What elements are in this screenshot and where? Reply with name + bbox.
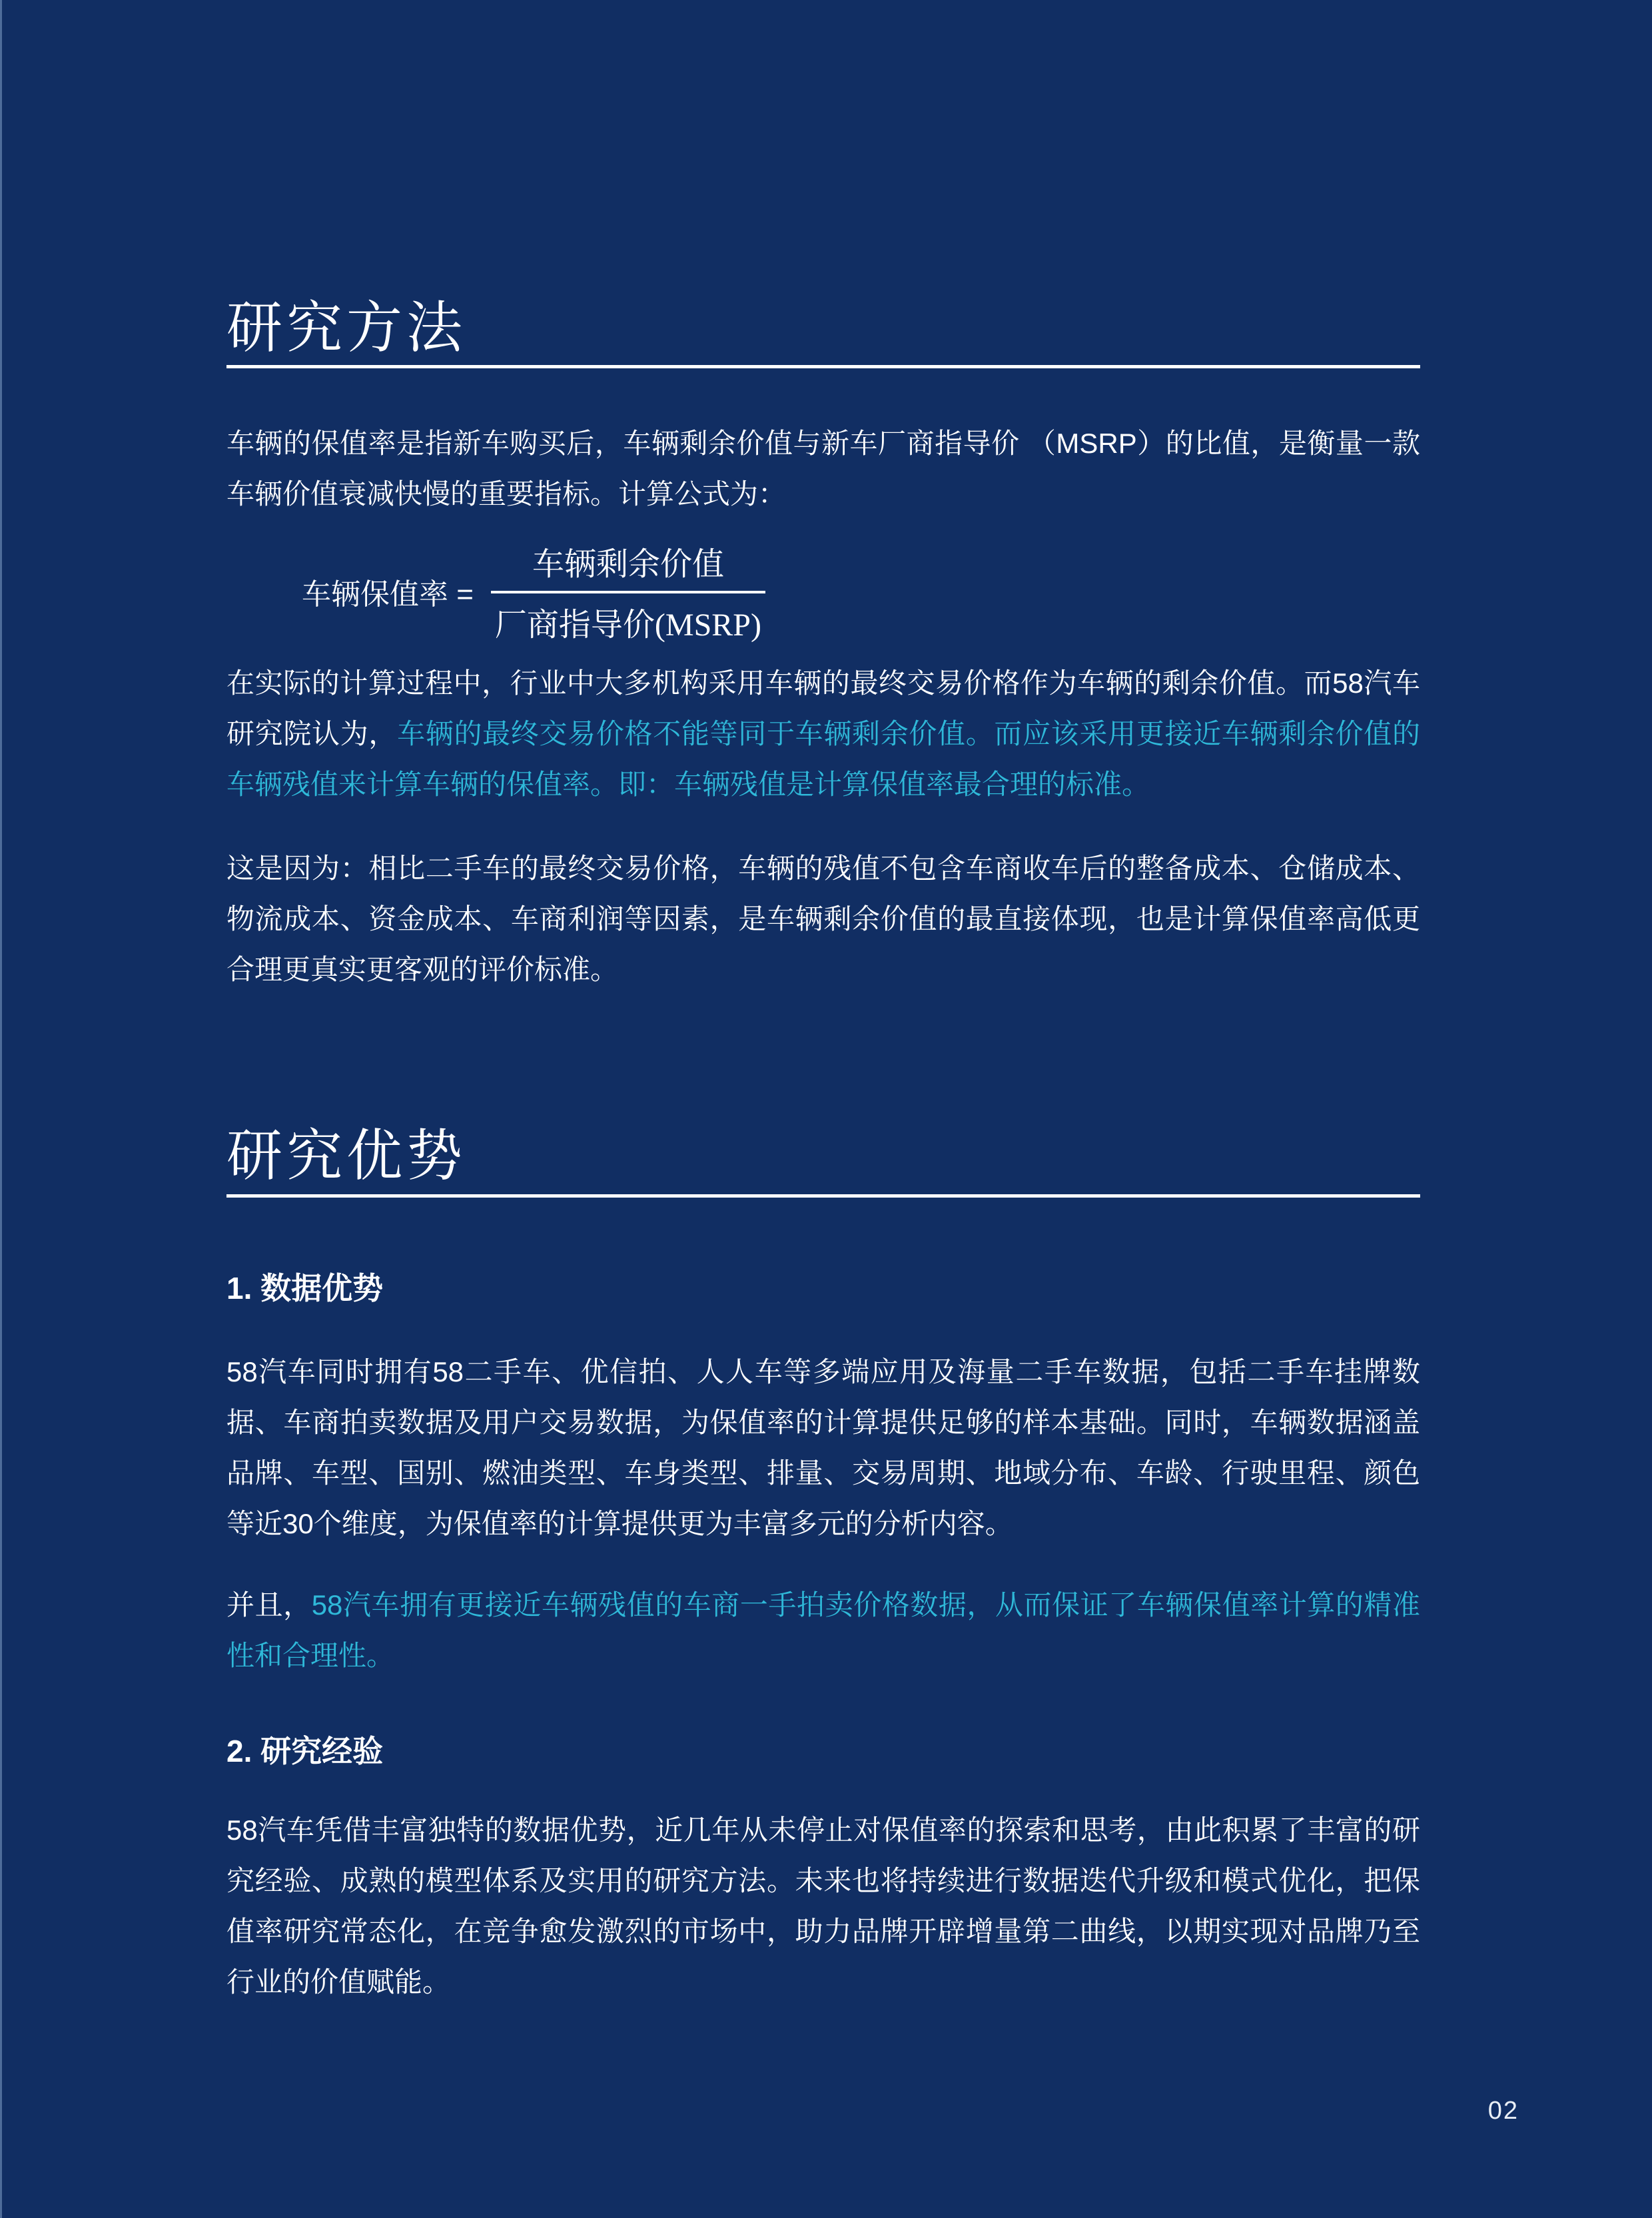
paragraph-calculation-view: 在实际的计算过程中，行业中大多机构采用车辆的最终交易价格作为车辆的剩余价值。而5…	[226, 658, 1420, 810]
page-number: 02	[1488, 2097, 1519, 2125]
paragraph-reasoning: 这是因为：相比二手车的最终交易价格，车辆的残值不包含车商收车后的整备成本、仓储成…	[226, 843, 1420, 995]
page-left-edge-stripe	[0, 0, 2, 2218]
title-underline-divider	[226, 1194, 1420, 1198]
retention-rate-formula: 车辆保值率 = 车辆剩余价值 厂商指导价(MSRP)	[302, 538, 765, 645]
formula-numerator: 车辆剩余价值	[516, 538, 740, 591]
subheading-data-advantage: 1. 数据优势	[226, 1264, 1420, 1308]
paragraph-data-advantage: 58汽车同时拥有58二手车、优信拍、人人车等多端应用及海量二手车数据，包括二手车…	[226, 1347, 1420, 1549]
section-title-research-method: 研究方法	[226, 283, 1420, 364]
subheading-research-experience: 2. 研究经验	[226, 1727, 1420, 1771]
formula-fraction: 车辆剩余价值 厂商指导价(MSRP)	[491, 538, 765, 645]
paragraph-definition: 车辆的保值率是指新车购买后，车辆剩余价值与新车厂商指导价 （MSRP）的比值，是…	[226, 418, 1420, 520]
formula-denominator: 厂商指导价(MSRP)	[491, 593, 765, 645]
paragraph-calculation-cyan-segment: 车辆的最终交易价格不能等同于车辆剩余价值。而应该采用更接近车辆剩余价值的车辆残值…	[226, 718, 1420, 800]
paragraph-auction-white-segment: 并且，	[226, 1589, 312, 1621]
report-page: 研究方法 车辆的保值率是指新车购买后，车辆剩余价值与新车厂商指导价 （MSRP）…	[0, 0, 1652, 2218]
formula-label: 车辆保值率 =	[302, 570, 474, 613]
section-title-research-advantage: 研究优势	[226, 1111, 1420, 1192]
paragraph-auction-cyan-segment: 58汽车拥有更接近车辆残值的车商一手拍卖价格数据，从而保证了车辆保值率计算的精准…	[226, 1589, 1420, 1671]
paragraph-research-experience: 58汽车凭借丰富独特的数据优势，近几年从未停止对保值率的探索和思考，由此积累了丰…	[226, 1805, 1420, 2008]
paragraph-auction-data: 并且，58汽车拥有更接近车辆残值的车商一手拍卖价格数据，从而保证了车辆保值率计算…	[226, 1580, 1420, 1681]
title-underline-divider	[226, 365, 1420, 368]
